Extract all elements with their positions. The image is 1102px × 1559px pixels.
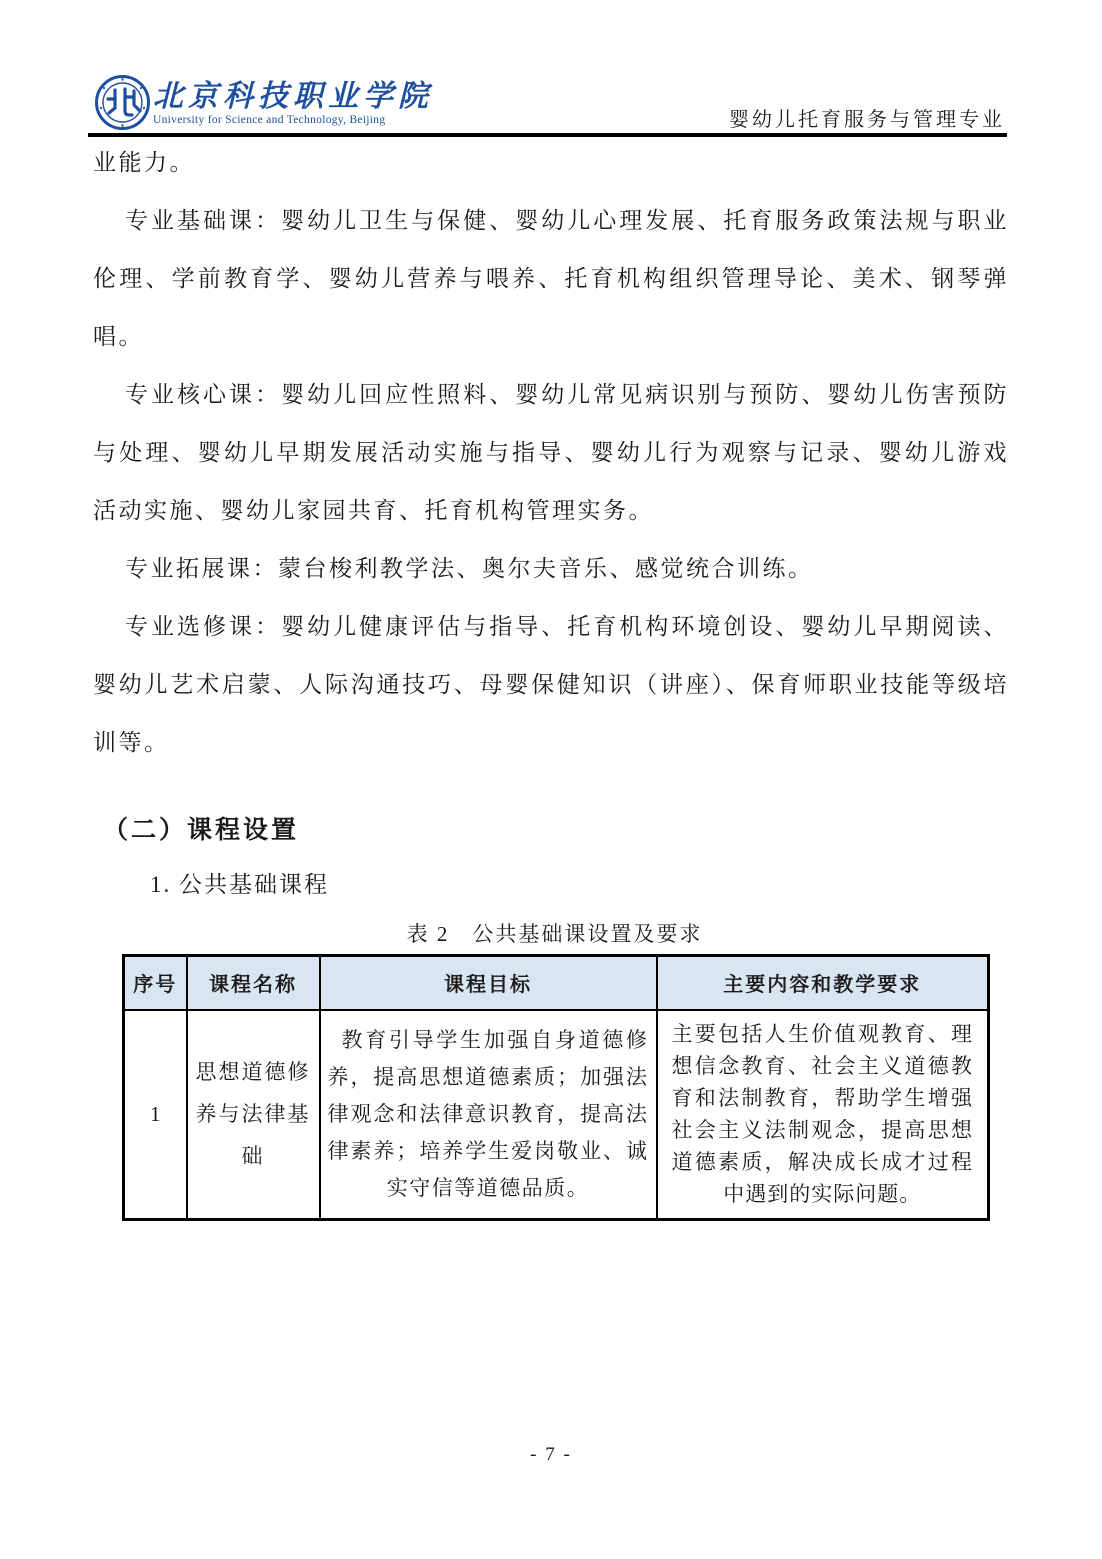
program-title: 婴幼儿托育服务与管理专业: [729, 103, 1005, 132]
col-header-objective: 课程目标: [320, 956, 657, 1010]
paragraph-extension-courses: 专业拓展课：蒙台梭利教学法、奥尔夫音乐、感觉统合训练。: [93, 540, 1009, 598]
paragraph-elective-courses: 专业选修课：婴幼儿健康评估与指导、托育机构环境创设、婴幼儿早期阅读、婴幼儿艺术启…: [93, 598, 1009, 772]
cell-row-number: 1: [124, 1010, 187, 1220]
document-body: 业能力。 专业基础课：婴幼儿卫生与保健、婴幼儿心理发展、托育服务政策法规与职业伦…: [93, 134, 1009, 1221]
public-basic-course-table: 序号 课程名称 课程目标 主要内容和教学要求 1 思想道德修养与法律基础 教育引…: [122, 954, 990, 1221]
university-name-en: University for Science and Technology, B…: [153, 113, 433, 128]
paragraph-core-courses: 专业核心课：婴幼儿回应性照料、婴幼儿常见病识别与预防、婴幼儿伤害预防与处理、婴幼…: [93, 366, 1009, 540]
university-brand: 北京科技职业学院 University for Science and Tech…: [153, 80, 433, 128]
col-header-content-requirements: 主要内容和教学要求: [657, 956, 989, 1010]
paragraph-basic-courses: 专业基础课：婴幼儿卫生与保健、婴幼儿心理发展、托育服务政策法规与职业伦理、学前教…: [93, 192, 1009, 366]
col-header-course-name: 课程名称: [187, 956, 320, 1010]
table-row: 1 思想道德修养与法律基础 教育引导学生加强自身道德修养，提高思想道德素质；加强…: [124, 1010, 989, 1220]
cell-course-name: 思想道德修养与法律基础: [187, 1010, 320, 1220]
university-seal-icon: [95, 75, 150, 130]
page-number: - 7 -: [0, 1444, 1102, 1466]
document-page: 北京科技职业学院 University for Science and Tech…: [0, 0, 1102, 1559]
university-name-zh: 北京科技职业学院: [153, 80, 433, 113]
table-caption: 表 2 公共基础课设置及要求: [122, 918, 987, 948]
col-header-no: 序号: [124, 956, 187, 1010]
cell-main-content: 主要包括人生价值观教育、理想信念教育、社会主义道德教育和法制教育，帮助学生增强社…: [657, 1010, 989, 1220]
cell-course-objective: 教育引导学生加强自身道德修养，提高思想道德素质；加强法律观念和法律意识教育，提高…: [320, 1010, 657, 1220]
subsection-heading: 1. 公共基础课程: [93, 864, 1009, 906]
paragraph-continuation: 业能力。: [93, 134, 1009, 192]
section-heading: （二）课程设置: [103, 812, 1009, 850]
table-header-row: 序号 课程名称 课程目标 主要内容和教学要求: [124, 956, 989, 1010]
